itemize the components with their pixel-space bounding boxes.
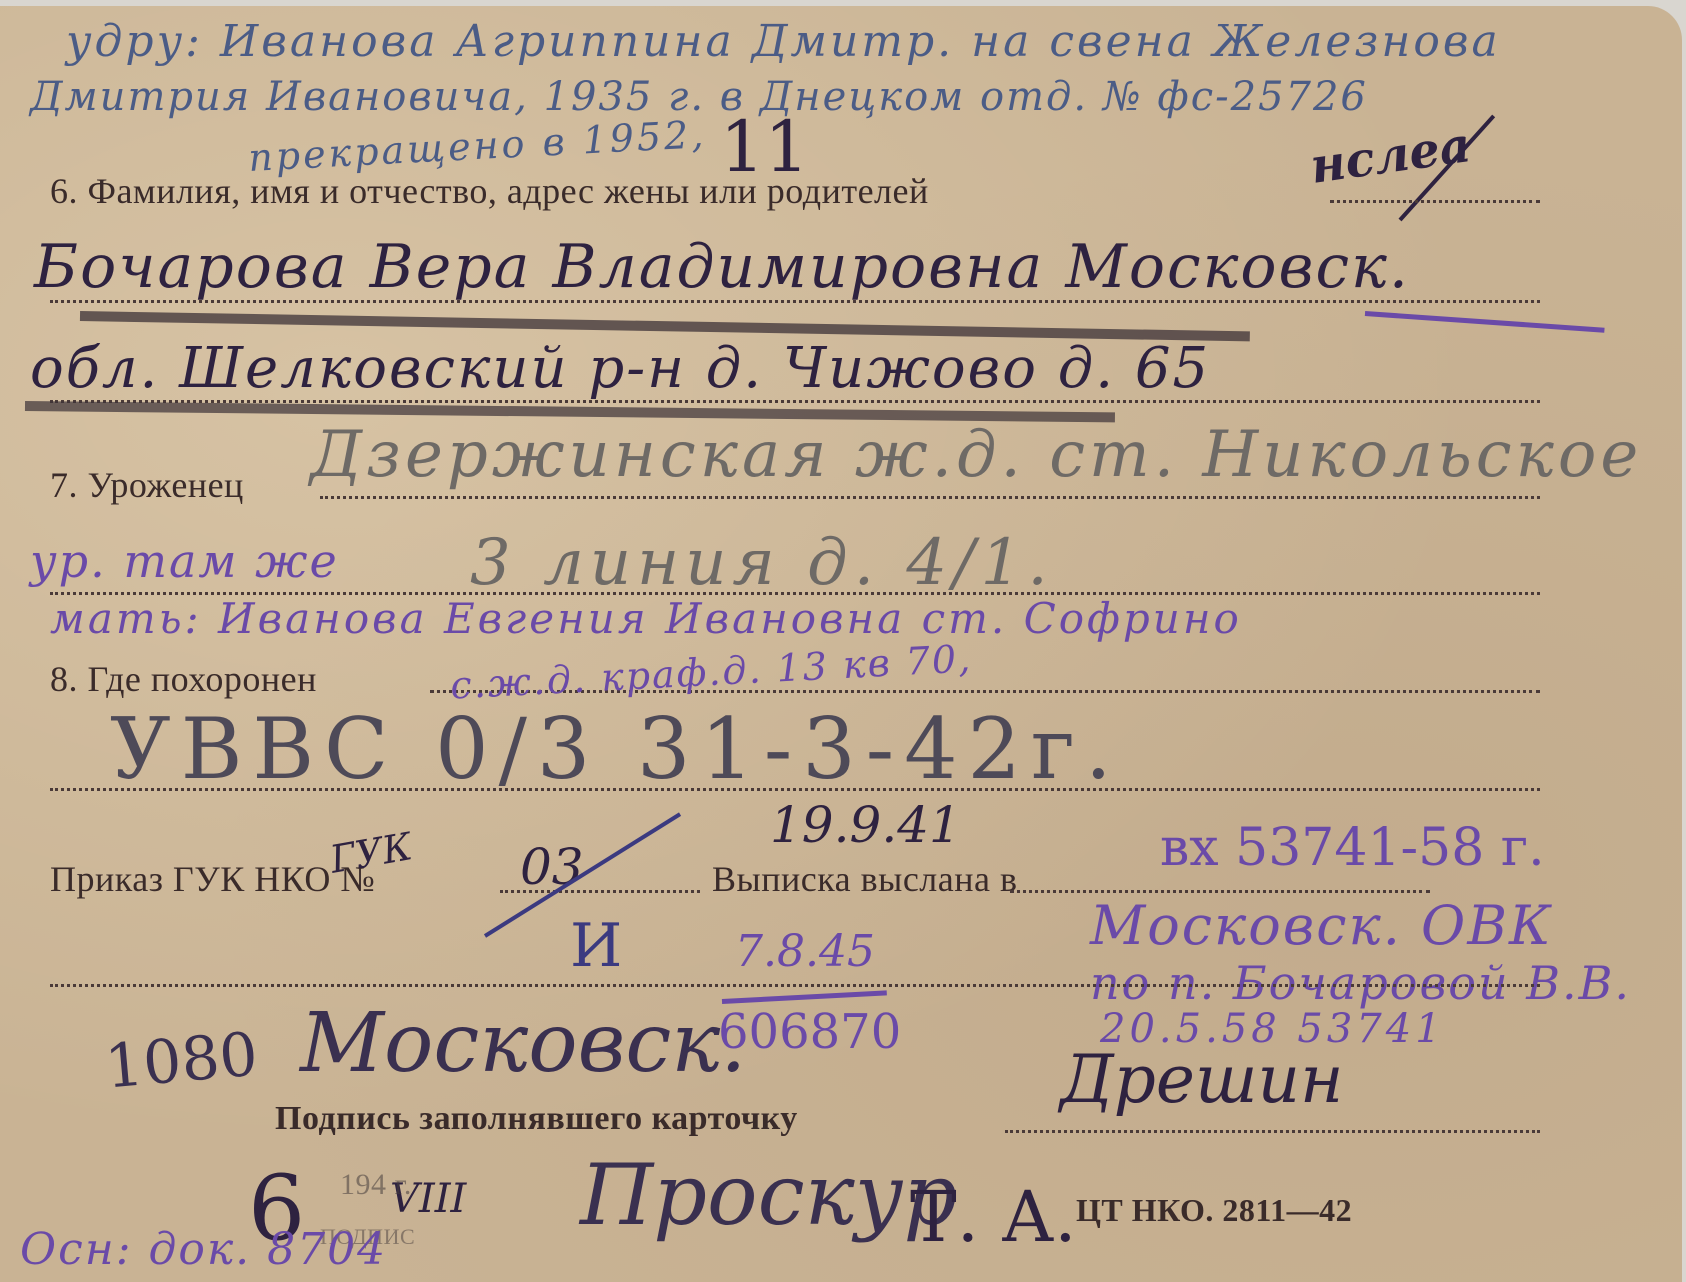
field8-dotted-line-2 xyxy=(50,788,1540,791)
field7-value-line2: 3 линия д. 4/1. xyxy=(470,526,1054,600)
signature-dotted-line xyxy=(1005,1130,1540,1133)
order-number: 03 xyxy=(520,838,584,896)
underline-violet xyxy=(1365,311,1605,333)
signature-label: Подпись заполнявшего карточку xyxy=(275,1100,798,1138)
field6-dotted-line-2 xyxy=(50,300,1540,303)
loss-registry-card: удру: Иванова Агриппина Дмитр. на свена … xyxy=(0,6,1682,1282)
extract-dotted-line-2 xyxy=(50,984,1540,987)
order-sub: И xyxy=(570,911,622,981)
field7-value-line1: Дзержинская ж.д. ст. Никольское xyxy=(310,418,1642,492)
signature-initials: Т. А. xyxy=(910,1176,1076,1258)
field6-dotted-line-3 xyxy=(50,400,1540,403)
field6-value-line2: обл. Шелковский р-н д. Чижово д. 65 xyxy=(30,336,1210,401)
archive-note: Осн: док. 8704 xyxy=(20,1224,387,1275)
signature-scrawl: Дрешин xyxy=(1060,1041,1343,1118)
signature-number: 1080 xyxy=(102,1019,260,1102)
field7-note1: ур. там же xyxy=(30,534,339,588)
extract-line3: по п. Бочаровой В.В. xyxy=(1090,956,1631,1010)
order-date: 19.9.41 xyxy=(770,796,961,854)
field8-value: УВВС 0/3 31-3-42г. xyxy=(110,700,1122,798)
field6-value-line1: Бочарова Вера Владимировна Московск. xyxy=(34,232,1410,302)
field8-note: с.ж.д. краф.д. 13 кв 70, xyxy=(449,636,973,707)
order-label: Приказ ГУК НКО № xyxy=(50,858,375,900)
signature-name1: Московск. xyxy=(300,996,746,1091)
field7-dotted-line xyxy=(320,496,1540,499)
form-code: ЦТ НКО. 2811—42 xyxy=(1076,1192,1352,1229)
extract-line2: Московск. ОВК xyxy=(1090,894,1553,957)
order-date2: 7.8.45 xyxy=(735,926,875,977)
header-note-line1: удру: Иванова Агриппина Дмитр. на свена … xyxy=(66,16,1501,67)
fraction-bar xyxy=(722,990,887,1004)
field6-label: 6. Фамилия, имя и отчество, адрес жены и… xyxy=(50,170,929,212)
field8-label: 8. Где похоронен xyxy=(50,658,317,700)
order-overwrite: ГУК xyxy=(327,824,415,882)
extract-line1: вх 53741-58 г. xyxy=(1160,818,1545,878)
side-note: нслеа xyxy=(1307,117,1474,195)
extract-dotted-line xyxy=(1010,890,1430,893)
field7-label: 7. Уроженец xyxy=(50,464,244,506)
stamp-year: 194 г. xyxy=(340,1168,412,1202)
field7-note2: мать: Иванова Евгения Ивановна ст. Софри… xyxy=(50,594,1242,643)
extract-label: Выписка выслана в xyxy=(712,858,1017,900)
field6-dotted-line xyxy=(1330,200,1540,203)
signature-name2: Проскур xyxy=(580,1146,957,1244)
